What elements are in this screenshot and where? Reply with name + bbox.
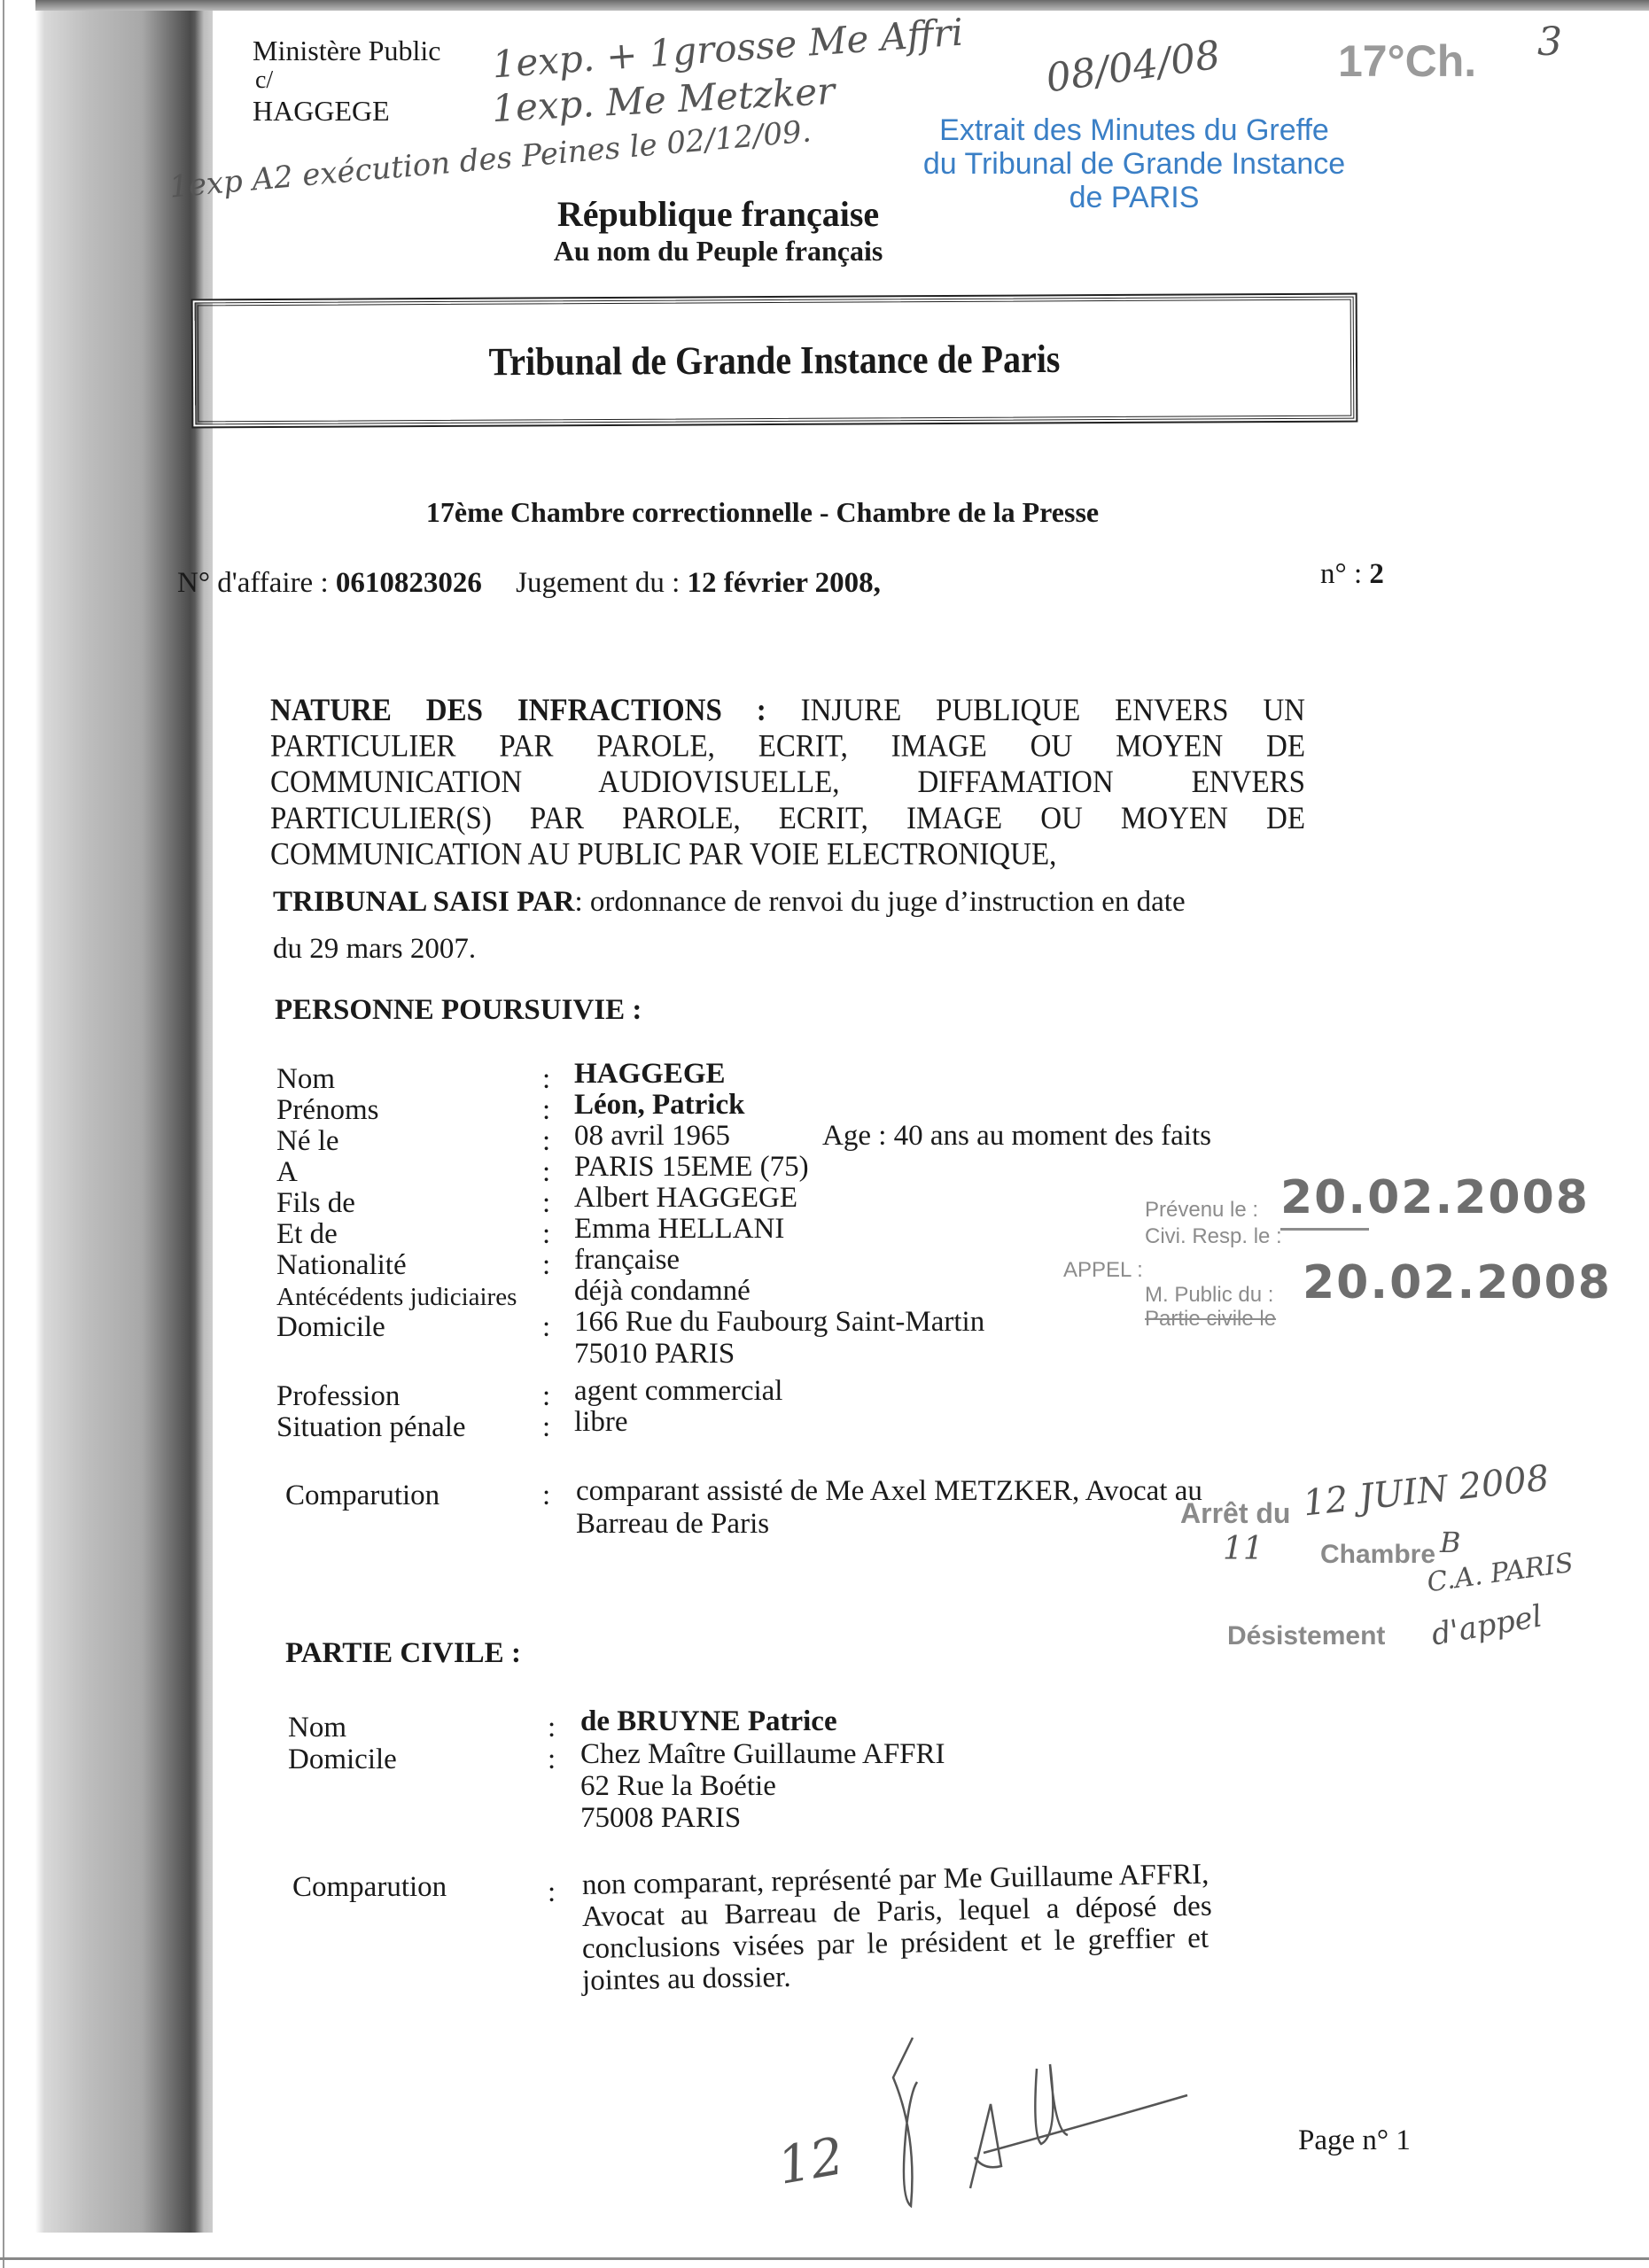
pp-field-label: Nom (276, 1063, 335, 1096)
pp-field-value: HAGGEGE (574, 1058, 726, 1091)
greffe-stamp-line-1: Extrait des Minutes du Greffe (913, 113, 1356, 147)
pp-field-value: Léon, Patrick (574, 1089, 744, 1122)
pc-domicile-1: Chez Maître Guillaume AFFRI (580, 1738, 945, 1771)
signature-icon (815, 2029, 1205, 2224)
arret-label: Arrêt du (1180, 1497, 1290, 1530)
civi-resp-label: Civi. Resp. le : (1145, 1224, 1282, 1249)
pp-field-label: Domicile (276, 1311, 385, 1344)
pp-field-value: 08 avril 1965 (574, 1120, 730, 1153)
binding-shadow (35, 0, 213, 2233)
infractions-paragraph: NATURE DES INFRACTIONS : INJURE PUBLIQUE… (270, 693, 1305, 874)
saisi-label: TRIBUNAL SAISI PAR (273, 886, 574, 918)
comparution-text: comparant assisté de Me Axel METZKER, Av… (576, 1475, 1202, 1508)
saisi-text: : ordonnance de renvoi du juge d’instruc… (574, 886, 1185, 918)
jugement-date: 12 février 2008, (688, 567, 881, 599)
desistement-label: Désistement (1227, 1621, 1385, 1651)
pp-field-value-2: 75010 PARIS (574, 1338, 735, 1371)
number-label: n° : (1320, 558, 1362, 590)
pp-field-value: agent commercial (574, 1375, 782, 1408)
arret-stamp: Arrêt du 12 JUIN 2008 11 Chambre B C.A. … (1170, 1471, 1630, 1666)
pp-field-label: Antécédents judiciaires (276, 1283, 517, 1312)
chamber-stamp: 17°Ch. (1338, 35, 1476, 87)
scan-bottom-edge (0, 2257, 1649, 2260)
pp-field-label: Profession (276, 1380, 400, 1413)
colon: : (542, 1411, 550, 1444)
pp-field-label: Né le (276, 1125, 339, 1158)
arret-date: 12 JUIN 2008 (1301, 1458, 1551, 1525)
colon: : (542, 1156, 550, 1189)
case-reference: N° d'affaire : 0610823026 Jugement du : … (177, 567, 881, 600)
affaire-label: N° d'affaire : (177, 567, 329, 599)
pp-field-value: Albert HAGGEGE (574, 1182, 797, 1215)
versus-label: c/ (255, 64, 273, 97)
chambre-number: 11 (1223, 1531, 1264, 1567)
pc-nom-label: Nom (288, 1712, 346, 1744)
chambre-label: Chambre (1320, 1540, 1435, 1570)
pp-field-label: Nationalité (276, 1249, 407, 1282)
partie-civile-label: Partie civile le (1145, 1307, 1276, 1332)
stamp-underline (1280, 1228, 1369, 1231)
pp-field-label: Fils de (276, 1187, 355, 1220)
pp-field-value: déjà condamné (574, 1275, 751, 1308)
appel-label: APPEL : (1063, 1258, 1143, 1283)
colon: : (542, 1311, 550, 1344)
party-ministere-public: Ministère Public (253, 34, 440, 67)
pp-field-label: Prénoms (276, 1094, 379, 1127)
public-label: M. Public du : (1145, 1283, 1273, 1308)
appel-stamp: Prévenu le : 20.02.2008 Civi. Resp. le :… (1099, 1187, 1630, 1355)
pp-age: Age : 40 ans au moment des faits (822, 1120, 1211, 1153)
saisi-date: du 29 mars 2007. (273, 933, 476, 966)
colon: : (542, 1094, 550, 1127)
pc-domicile-label: Domicile (288, 1744, 397, 1776)
page-number: Page n° 1 (1298, 2124, 1411, 2157)
affaire-number: 0610823026 (336, 567, 482, 599)
pc-comparution-4: jointes au dossier. (582, 1961, 791, 1998)
greffe-stamp-line-2: du Tribunal de Grande Instance (913, 147, 1356, 181)
pc-domicile-3: 75008 PARIS (580, 1802, 741, 1835)
number-value: 2 (1369, 558, 1384, 590)
colon: : (542, 1249, 550, 1282)
prevenu-date: 20.02.2008 (1280, 1171, 1590, 1224)
republic-subheading: Au nom du Peuple français (0, 235, 1543, 268)
scan-top-edge (35, 0, 1649, 11)
scan-edge-line (3, 0, 4, 2268)
pp-field-value: libre (574, 1406, 627, 1439)
personne-poursuivie-heading: PERSONNE POURSUIVIE : (275, 994, 642, 1027)
colon: : (542, 1218, 550, 1251)
party-defendant: HAGGEGE (253, 94, 390, 128)
pp-field-label: Et de (276, 1218, 338, 1251)
pp-field-value: Emma HELLANI (574, 1213, 784, 1246)
colon: : (542, 1063, 550, 1096)
handwritten-date: 08/04/08 (1043, 32, 1223, 101)
pp-field-value: française (574, 1244, 680, 1277)
pc-nom: de BRUYNE Patrice (580, 1705, 837, 1738)
court-title-box: Tribunal de Grande Instance de Paris (195, 297, 1355, 425)
colon: : (542, 1187, 550, 1220)
public-date: 20.02.2008 (1303, 1256, 1612, 1309)
pp-field-value: 166 Rue du Faubourg Saint-Martin (574, 1306, 984, 1339)
court-title: Tribunal de Grande Instance de Paris (198, 293, 1351, 428)
partie-civile-heading: PARTIE CIVILE : (285, 1637, 521, 1670)
desistement-note: d'appel (1428, 1598, 1544, 1652)
pp-field-value: PARIS 15EME (75) (574, 1151, 809, 1184)
infractions-label: NATURE DES INFRACTIONS : (270, 693, 766, 728)
pp-field-label: A (276, 1156, 298, 1189)
colon: : (542, 1480, 550, 1512)
tribunal-saisi: TRIBUNAL SAISI PAR: ordonnance de renvoi… (273, 886, 1186, 919)
judgment-number: n° : 2 (1320, 558, 1384, 591)
comparution-text-2: Barreau de Paris (576, 1508, 769, 1541)
colon: : (542, 1380, 550, 1413)
comparution-label: Comparution (285, 1480, 439, 1512)
chamber-stamp-number: 3 (1537, 19, 1562, 65)
colon: : (542, 1125, 550, 1158)
pp-field-label: Situation pénale (276, 1411, 466, 1444)
colon: : (548, 1744, 556, 1776)
jugement-label: Jugement du : (516, 567, 680, 599)
republic-heading: République française (0, 193, 1543, 235)
colon: : (548, 1712, 556, 1744)
prevenu-label: Prévenu le : (1145, 1198, 1258, 1223)
chamber-heading: 17ème Chambre correctionnelle - Chambre … (0, 496, 1587, 529)
pc-domicile-2: 62 Rue la Boétie (580, 1770, 776, 1803)
colon: : (548, 1876, 556, 1909)
chambre-suffix: B (1440, 1526, 1461, 1559)
pc-comparution-label: Comparution (292, 1871, 447, 1904)
